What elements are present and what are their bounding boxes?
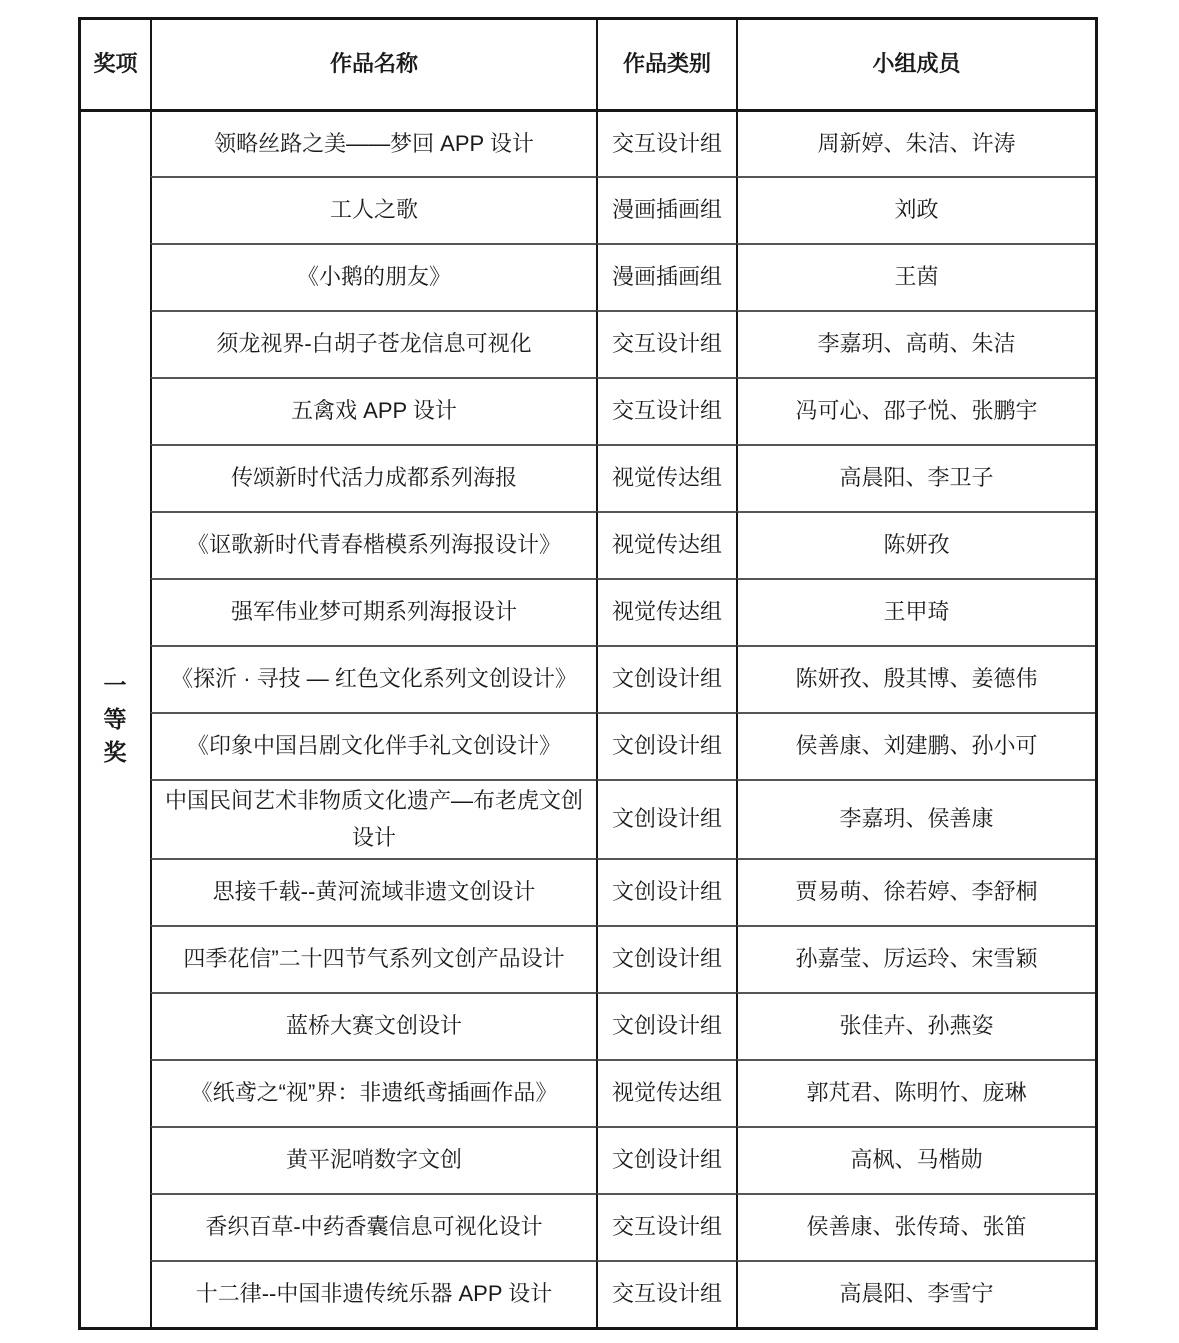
category-cell: 文创设计组: [596, 925, 736, 992]
members-cell: 李嘉玥、侯善康: [736, 779, 1095, 858]
category-cell: 交互设计组: [596, 377, 736, 444]
members-cell: 陈妍孜: [736, 511, 1095, 578]
work-name-cell: 五禽戏 APP 设计: [150, 377, 596, 444]
work-name-cell: 传颂新时代活力成都系列海报: [150, 444, 596, 511]
work-name-cell: 《讴歌新时代青春楷模系列海报设计》: [150, 511, 596, 578]
header-cell-work-name: 作品名称: [150, 20, 596, 109]
work-name-cell: 《探沂 · 寻技 — 红色文化系列文创设计》: [150, 645, 596, 712]
award-group-label: 一等奖: [102, 669, 128, 769]
work-name-cell: 强军伟业梦可期系列海报设计: [150, 578, 596, 645]
work-name-cell: 黄平泥哨数字文创: [150, 1126, 596, 1193]
category-cell: 交互设计组: [596, 1260, 736, 1327]
members-cell: 侯善康、张传琦、张笛: [736, 1193, 1095, 1260]
members-cell: 高晨阳、李卫子: [736, 444, 1095, 511]
category-cell: 漫画插画组: [596, 176, 736, 243]
work-name-cell: 思接千载--黄河流域非遗文创设计: [150, 858, 596, 925]
members-cell: 高枫、马楷勋: [736, 1126, 1095, 1193]
members-cell: 孙嘉莹、厉运玲、宋雪颖: [736, 925, 1095, 992]
category-cell: 文创设计组: [596, 992, 736, 1059]
members-cell: 刘政: [736, 176, 1095, 243]
work-name-cell: 蓝桥大赛文创设计: [150, 992, 596, 1059]
members-cell: 王茵: [736, 243, 1095, 310]
category-cell: 视觉传达组: [596, 578, 736, 645]
category-cell: 文创设计组: [596, 858, 736, 925]
members-cell: 张佳卉、孙燕姿: [736, 992, 1095, 1059]
work-name-cell: 《印象中国吕剧文化伴手礼文创设计》: [150, 712, 596, 779]
work-name-cell: 《小鹅的朋友》: [150, 243, 596, 310]
members-cell: 陈妍孜、殷其博、姜德伟: [736, 645, 1095, 712]
members-cell: 高晨阳、李雪宁: [736, 1260, 1095, 1327]
members-cell: 王甲琦: [736, 578, 1095, 645]
work-name-cell: 香织百草-中药香囊信息可视化设计: [150, 1193, 596, 1260]
category-cell: 视觉传达组: [596, 1059, 736, 1126]
category-cell: 交互设计组: [596, 109, 736, 176]
work-name-cell: 《纸鸢之“视”界：非遗纸鸢插画作品》: [150, 1059, 596, 1126]
members-cell: 郭芃君、陈明竹、庞琳: [736, 1059, 1095, 1126]
members-cell: 贾易萌、徐若婷、李舒桐: [736, 858, 1095, 925]
category-cell: 文创设计组: [596, 1126, 736, 1193]
work-name-cell: 须龙视界-白胡子苍龙信息可视化: [150, 310, 596, 377]
header-cell-members: 小组成员: [736, 20, 1095, 109]
work-name-cell: 四季花信”二十四节气系列文创产品设计: [150, 925, 596, 992]
category-cell: 文创设计组: [596, 645, 736, 712]
category-cell: 交互设计组: [596, 1193, 736, 1260]
work-name-cell: 十二律--中国非遗传统乐器 APP 设计: [150, 1260, 596, 1327]
header-cell-category: 作品类别: [596, 20, 736, 109]
work-name-cell: 领略丝路之美——梦回 APP 设计: [150, 109, 596, 176]
document-page: 奖项 作品名称 作品类别 小组成员 一等奖 领略丝路之美——梦回 APP 设计 …: [0, 0, 1179, 1343]
category-cell: 视觉传达组: [596, 444, 736, 511]
category-cell: 交互设计组: [596, 310, 736, 377]
category-cell: 漫画插画组: [596, 243, 736, 310]
category-cell: 文创设计组: [596, 779, 736, 858]
members-cell: 冯可心、邵子悦、张鹏宇: [736, 377, 1095, 444]
category-cell: 视觉传达组: [596, 511, 736, 578]
members-cell: 侯善康、刘建鹏、孙小可: [736, 712, 1095, 779]
awards-table: 奖项 作品名称 作品类别 小组成员 一等奖 领略丝路之美——梦回 APP 设计 …: [78, 17, 1098, 1330]
members-cell: 李嘉玥、高萌、朱洁: [736, 310, 1095, 377]
header-cell-award: 奖项: [81, 20, 150, 109]
work-name-cell: 工人之歌: [150, 176, 596, 243]
work-name-cell: 中国民间艺术非物质文化遗产—布老虎文创设计: [150, 779, 596, 858]
members-cell: 周新婷、朱洁、许涛: [736, 109, 1095, 176]
award-group-cell: 一等奖: [81, 109, 150, 1327]
category-cell: 文创设计组: [596, 712, 736, 779]
